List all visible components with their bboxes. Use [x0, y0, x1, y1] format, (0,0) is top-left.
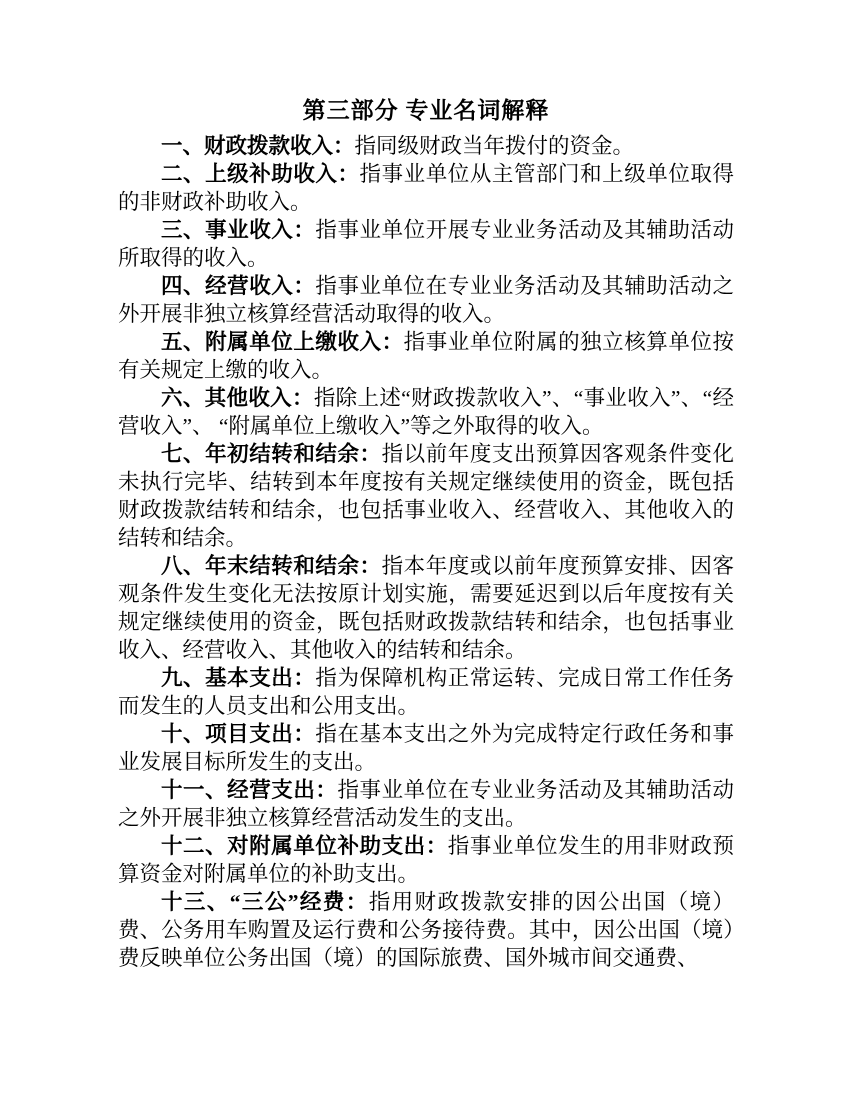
term-name: 十、项目支出：: [161, 722, 315, 746]
term-paragraph-6: 六、其他收入：指除上述“财政拨款收入”、“事业收入”、“经营收入”、 “附属单位…: [118, 384, 734, 440]
document-content: 第三部分 专业名词解释 一、财政拨款收入：指同级财政当年拨付的资金。 二、上级补…: [118, 96, 734, 972]
document-page: 第三部分 专业名词解释 一、财政拨款收入：指同级财政当年拨付的资金。 二、上级补…: [0, 0, 850, 1100]
term-paragraph-9: 九、基本支出：指为保障机构正常运转、完成日常工作任务而发生的人员支出和公用支出。: [118, 664, 734, 720]
term-name: 七、年初结转和结余：: [161, 442, 382, 466]
term-name: 十一、经营支出：: [161, 778, 337, 802]
page-title: 第三部分 专业名词解释: [118, 96, 734, 126]
term-paragraph-5: 五、附属单位上缴收入：指事业单位附属的独立核算单位按有关规定上缴的收入。: [118, 328, 734, 384]
term-paragraph-8: 八、年末结转和结余：指本年度或以前年度预算安排、因客观条件发生变化无法按原计划实…: [118, 552, 734, 664]
term-name: 五、附属单位上缴收入：: [161, 330, 404, 354]
term-paragraph-3: 三、事业收入：指事业单位开展专业业务活动及其辅助活动所取得的收入。: [118, 216, 734, 272]
term-name: 二、上级补助收入：: [161, 162, 360, 186]
term-name: 十三、“三公”经费：: [161, 890, 369, 914]
term-name: 四、经营收入：: [161, 274, 315, 298]
term-name: 九、基本支出：: [161, 666, 315, 690]
term-name: 六、其他收入：: [161, 386, 314, 410]
term-definition: 指同级财政当年拨付的资金。: [355, 134, 635, 158]
term-paragraph-7: 七、年初结转和结余：指以前年度支出预算因客观条件变化未执行完毕、结转到本年度按有…: [118, 440, 734, 552]
term-paragraph-10: 十、项目支出：指在基本支出之外为完成特定行政任务和事业发展目标所发生的支出。: [118, 720, 734, 776]
term-paragraph-4: 四、经营收入：指事业单位在专业业务活动及其辅助活动之外开展非独立核算经营活动取得…: [118, 272, 734, 328]
term-name: 八、年末结转和结余：: [161, 554, 382, 578]
term-paragraph-13: 十三、“三公”经费：指用财政拨款安排的因公出国（境）费、公务用车购置及运行费和公…: [118, 888, 734, 972]
term-name: 一、财政拨款收入：: [161, 134, 355, 158]
term-paragraph-1: 一、财政拨款收入：指同级财政当年拨付的资金。: [118, 132, 734, 160]
term-paragraph-2: 二、上级补助收入：指事业单位从主管部门和上级单位取得的非财政补助收入。: [118, 160, 734, 216]
term-name: 三、事业收入：: [161, 218, 315, 242]
term-paragraph-12: 十二、对附属单位补助支出：指事业单位发生的用非财政预算资金对附属单位的补助支出。: [118, 832, 734, 888]
term-name: 十二、对附属单位补助支出：: [161, 834, 448, 858]
term-paragraph-11: 十一、经营支出：指事业单位在专业业务活动及其辅助活动之外开展非独立核算经营活动发…: [118, 776, 734, 832]
